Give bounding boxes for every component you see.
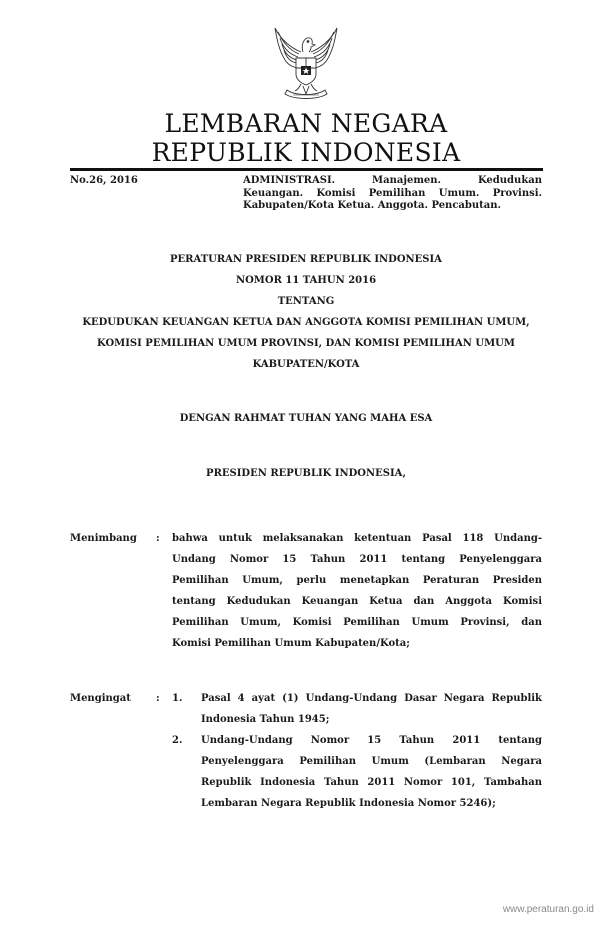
regulation-number: NOMOR 11 TAHUN 2016 bbox=[0, 275, 612, 286]
clause-line: Undang Nomor 15 Tahun 2011 tentang Penye… bbox=[172, 549, 542, 570]
regulation-title-line: KEDUDUKAN KEUANGAN KETUA DAN ANGGOTA KOM… bbox=[0, 317, 612, 328]
footer-website-url[interactable]: www.peraturan.go.id bbox=[503, 904, 594, 915]
item-text: Pasal 4 ayat (1) Undang-Undang Dasar Neg… bbox=[201, 688, 542, 730]
clause-body: bahwa untuk melaksanakan ketentuan Pasal… bbox=[172, 528, 542, 654]
item-line: Pasal 4 ayat (1) Undang-Undang Dasar Neg… bbox=[201, 688, 542, 709]
regulation-type: PERATURAN PRESIDEN REPUBLIK INDONESIA bbox=[0, 254, 612, 265]
item-line: Lembaran Negara Republik Indonesia Nomor… bbox=[201, 793, 542, 814]
clause-line: Pemilihan Umum, perlu menetapkan Peratur… bbox=[172, 570, 542, 591]
clause-line: tentang Kedudukan Keuangan Ketua dan Ang… bbox=[172, 591, 542, 612]
clause-label: Mengingat bbox=[70, 688, 131, 709]
title-divider bbox=[70, 168, 543, 171]
issuer: PRESIDEN REPUBLIK INDONESIA, bbox=[0, 468, 612, 479]
clause-colon: : bbox=[156, 688, 160, 709]
subject-line: ADMINISTRASI. Manajemen. Kedudukan bbox=[243, 175, 542, 188]
regulation-about: TENTANG bbox=[0, 296, 612, 307]
item-number: 1. bbox=[172, 688, 182, 709]
item-number: 2. bbox=[172, 730, 182, 751]
subject-keywords: ADMINISTRASI. Manajemen. Kedudukan Keuan… bbox=[243, 175, 542, 213]
item-line: Indonesia Tahun 1945; bbox=[201, 709, 542, 730]
preamble: DENGAN RAHMAT TUHAN YANG MAHA ESA bbox=[0, 413, 612, 424]
item-line: Republik Indonesia Tahun 2011 Nomor 101,… bbox=[201, 772, 542, 793]
gazette-title-line2: REPUBLIK INDONESIA bbox=[0, 139, 612, 167]
subject-line: Keuangan. Komisi Pemilihan Umum. Provins… bbox=[243, 188, 542, 201]
document-number: No.26, 2016 bbox=[70, 175, 138, 186]
gazette-title-line1: LEMBARAN NEGARA bbox=[0, 110, 612, 138]
regulation-title-line: KABUPATEN/KOTA bbox=[0, 359, 612, 370]
clause-colon: : bbox=[156, 528, 160, 549]
item-text: Undang-Undang Nomor 15 Tahun 2011 tentan… bbox=[201, 730, 542, 814]
item-line: Undang-Undang Nomor 15 Tahun 2011 tentan… bbox=[201, 730, 542, 751]
item-line: Penyelenggara Pemilihan Umum (Lembaran N… bbox=[201, 751, 542, 772]
clause-line: Komisi Pemilihan Umum Kabupaten/Kota; bbox=[172, 633, 542, 654]
clause-label: Menimbang bbox=[70, 528, 137, 549]
regulation-title-line: KOMISI PEMILIHAN UMUM PROVINSI, DAN KOMI… bbox=[0, 338, 612, 349]
subject-line: Kabupaten/Kota Ketua. Anggota. Pencabuta… bbox=[243, 200, 542, 213]
clause-line: Pemilihan Umum, Komisi Pemilihan Umum Pr… bbox=[172, 612, 542, 633]
garuda-emblem-icon bbox=[263, 22, 349, 104]
clause-line: bahwa untuk melaksanakan ketentuan Pasal… bbox=[172, 528, 542, 549]
